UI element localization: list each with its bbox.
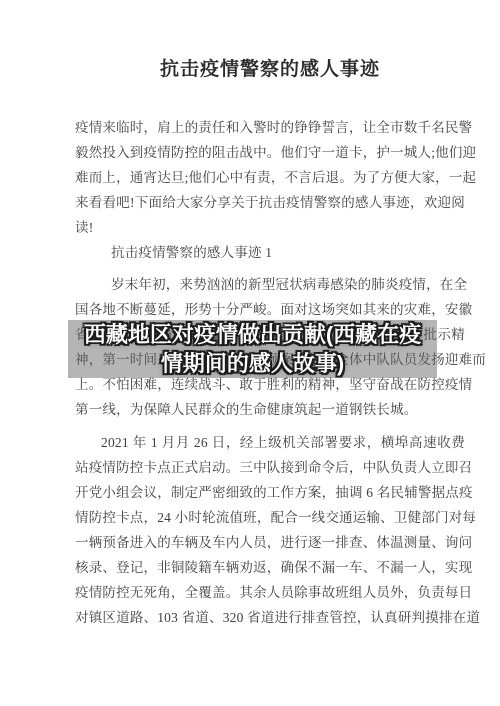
- body-line: 第一线，为保障人民群众的生命健康筑起一道钢铁长城。: [75, 397, 465, 422]
- body-line: 疫情来临时，肩上的责任和入警时的铮铮誓言，让全市数千名民警: [75, 115, 465, 140]
- body-line: 疫情防控无死角，全覆盖。其余人员除事故班组人员外，负责每日: [75, 580, 465, 605]
- body-line: 难而上，通宵达旦;他们心中有责，不言后退。为了方便大家，一起: [75, 165, 465, 190]
- section-heading-text: 抗击疫情警察的感人事迹 1: [75, 240, 465, 265]
- document-title: 抗击疫情警察的感人事迹: [75, 0, 465, 84]
- document: 抗击疫情警察的感人事迹 疫情来临时，肩上的责任和入警时的铮铮誓言，让全市数千名民…: [0, 0, 500, 630]
- body-line: 对镇区道路、103 省道、320 省道进行排查管控，认真研判摸排在道: [75, 605, 465, 630]
- headline-line-2: 情期间的感人故事): [68, 349, 437, 378]
- headline-line-1: 西藏地区对疫情做出贡献(西藏在疫: [68, 320, 437, 349]
- body-line: 来看看吧!下面给大家分享关于抗击疫情警察的感人事迹，欢迎阅: [75, 190, 465, 215]
- body-line: 毅然投入到疫情防控的阻击战中。他们守一道卡，护一城人;他们迎: [75, 140, 465, 165]
- body-line: 站疫情防控卡点正式启动。三中队接到命令后，中队负责人立即召: [75, 455, 465, 480]
- body-line: 读!: [75, 215, 465, 240]
- paragraph-intro: 疫情来临时，肩上的责任和入警时的铮铮誓言，让全市数千名民警 毅然投入到疫情防控的…: [75, 115, 465, 240]
- paragraph-story-2: 2021 年 1 月月 26 日，经上级机关部署要求，横埠高速收费 站疫情防控卡…: [75, 430, 465, 630]
- body-line: 岁末年初，来势汹汹的新型冠状病毒感染的肺炎疫情，在全: [75, 272, 465, 297]
- headline-overlay-band: 西藏地区对疫情做出贡献(西藏在疫 情期间的感人故事): [68, 320, 437, 378]
- body-line: 国各地不断蔓延，形势十分严峻。面对这场突如其来的灾难，安徽: [75, 297, 465, 322]
- body-line: 一辆预备进入的车辆及车内人员，进行逐一排查、体温测量、询问: [75, 530, 465, 555]
- body-line: 情防控卡点，24 小时轮流值班，配合一线交通运输、卫健部门对每: [75, 505, 465, 530]
- page: 抗击疫情警察的感人事迹 疫情来临时，肩上的责任和入警时的铮铮誓言，让全市数千名民…: [0, 0, 500, 706]
- body-line: 核录、登记，非铜陵籍车辆劝返，确保不漏一车、不漏一人，实现: [75, 555, 465, 580]
- body-line: 开党小组会议，制定严密细致的工作方案，抽调 6 名民辅警据点疫: [75, 480, 465, 505]
- body-line: 2021 年 1 月月 26 日，经上级机关部署要求，横埠高速收费: [75, 430, 465, 455]
- section-heading: 抗击疫情警察的感人事迹 1: [75, 240, 465, 265]
